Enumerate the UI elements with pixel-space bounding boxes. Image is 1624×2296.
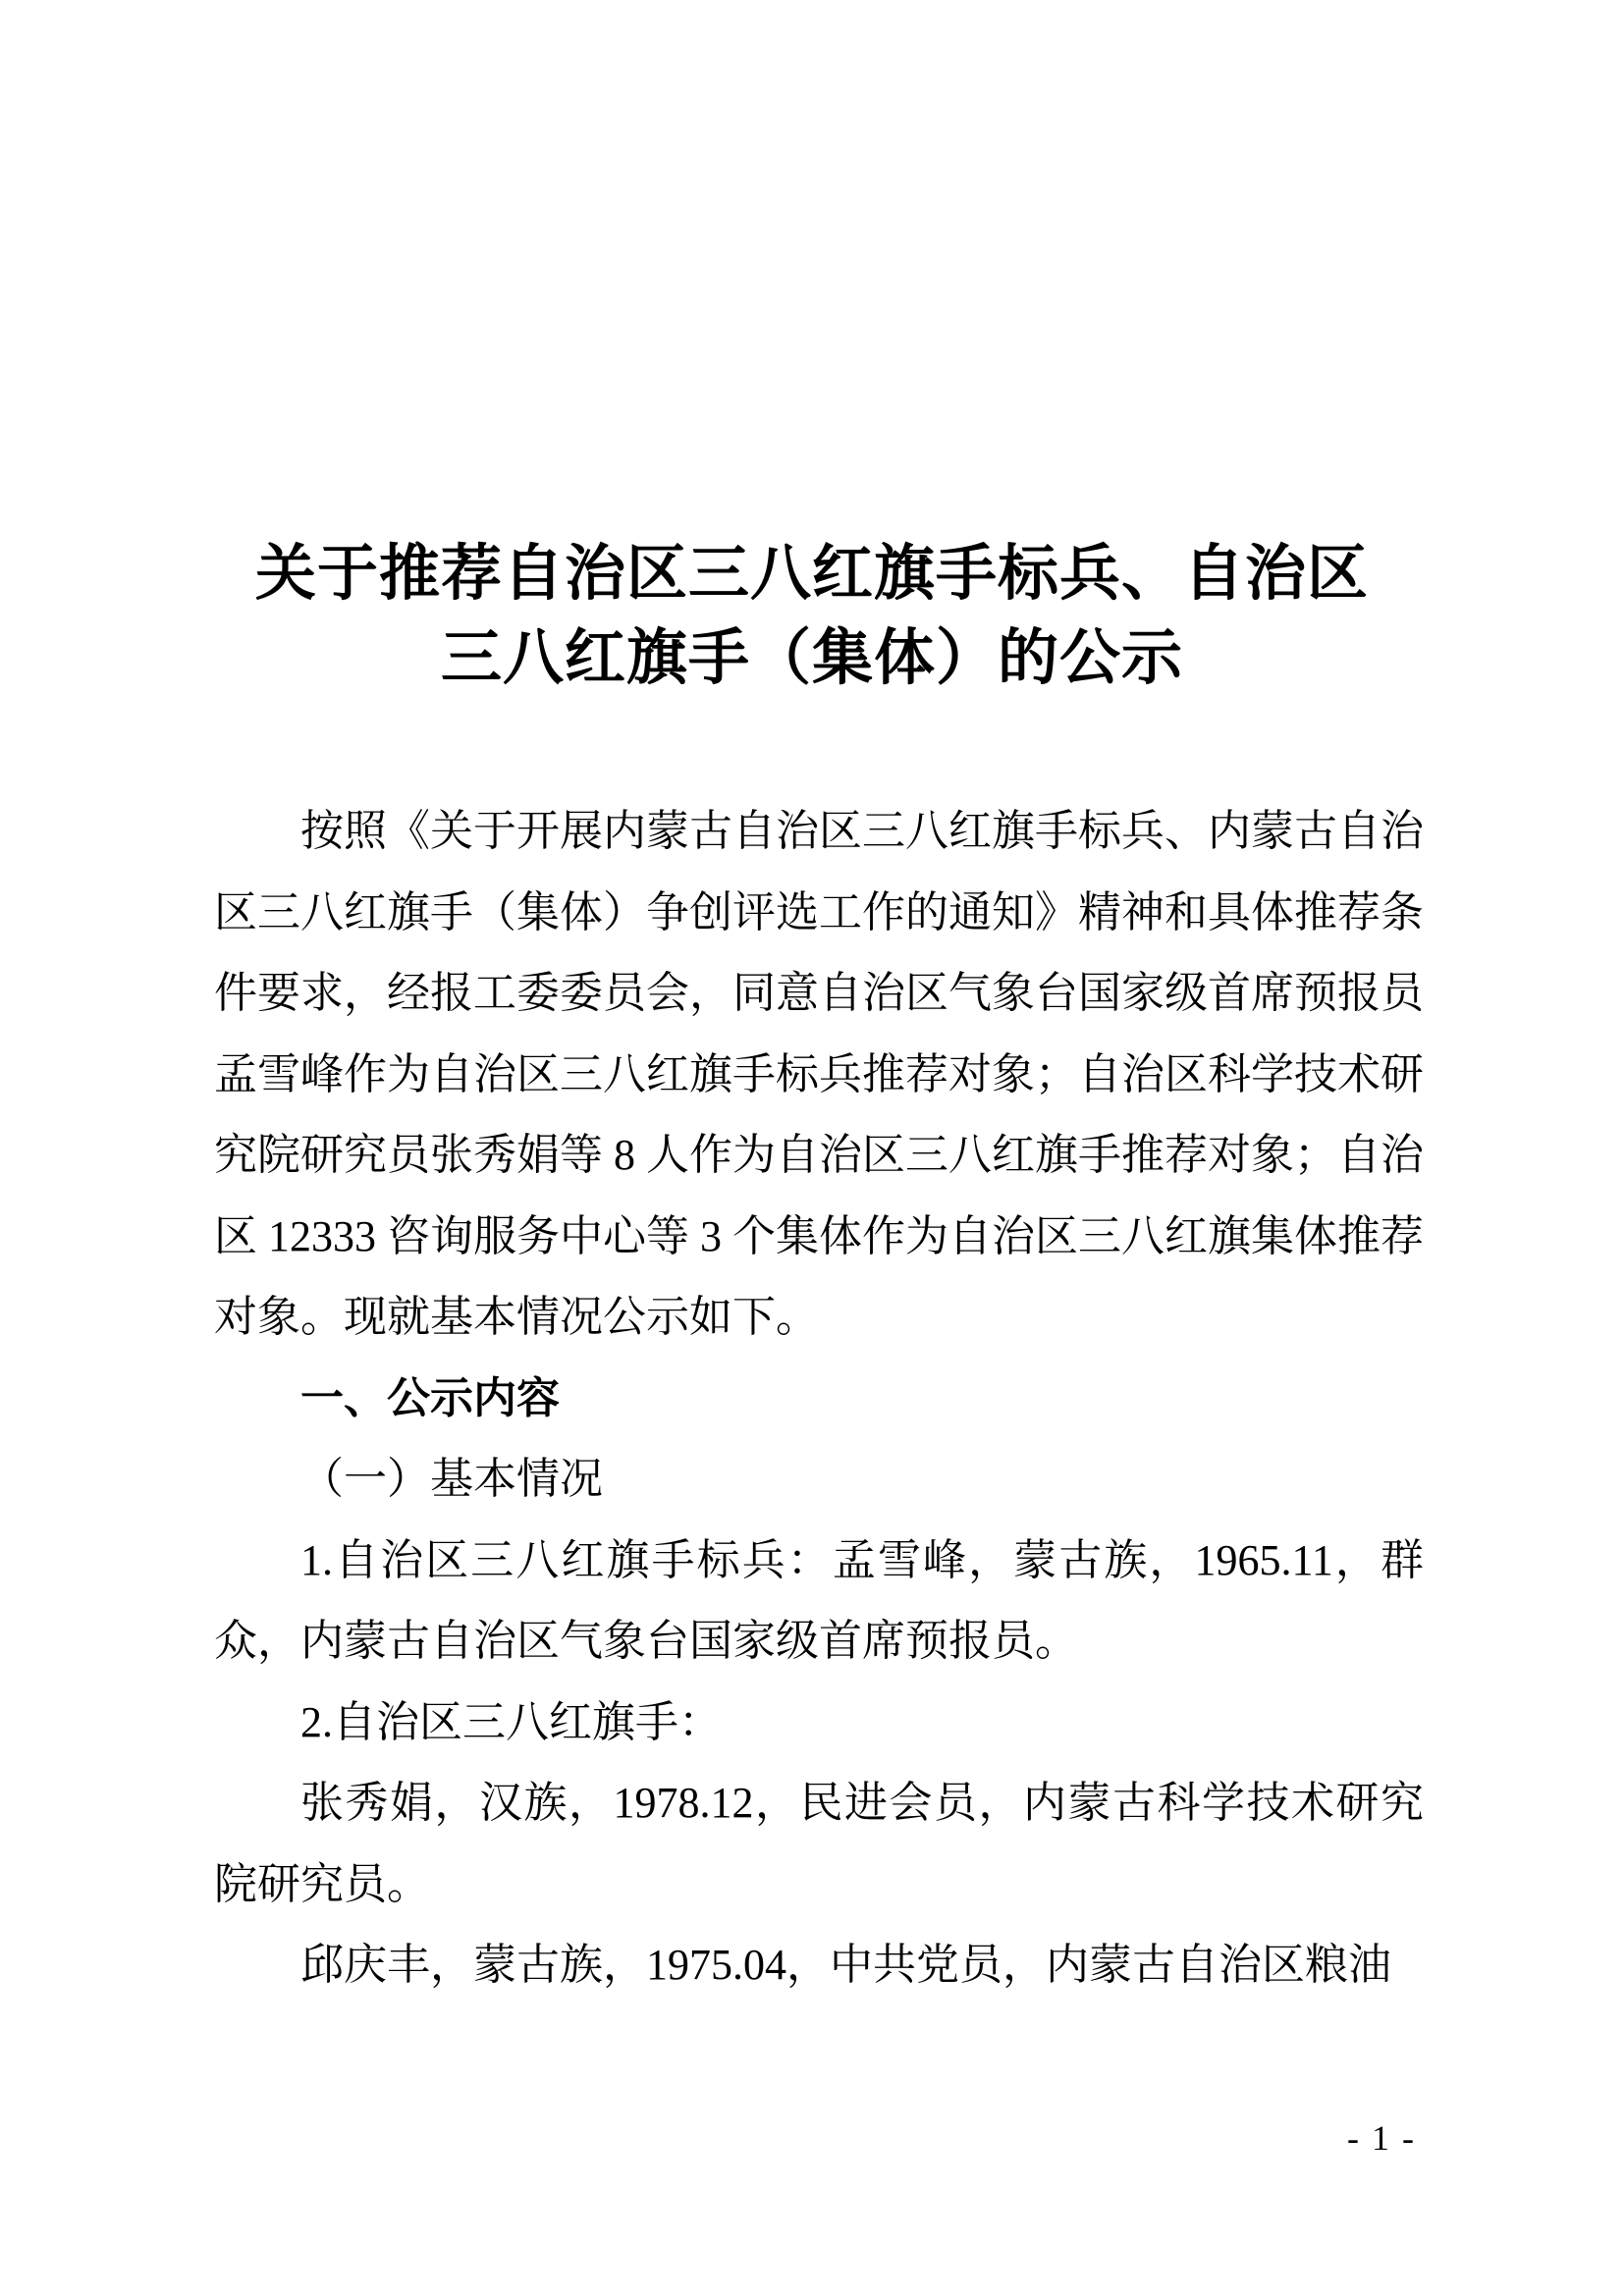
intro-paragraph: 按照《关于开展内蒙古自治区三八红旗手标兵、内蒙古自治区三八红旗手（集体）争创评选… bbox=[214, 791, 1424, 1359]
document-title: 关于推荐自治区三八红旗手标兵、自治区 三八红旗手（集体）的公示 bbox=[0, 532, 1624, 701]
document-page: 关于推荐自治区三八红旗手标兵、自治区 三八红旗手（集体）的公示 按照《关于开展内… bbox=[0, 0, 1624, 2296]
paragraph-zhang-xiujuan: 张秀娟，汉族，1978.12，民进会员，内蒙古科学技术研究院研究员。 bbox=[214, 1763, 1424, 1925]
document-title-line-1: 关于推荐自治区三八红旗手标兵、自治区 bbox=[0, 532, 1624, 616]
document-title-line-2: 三八红旗手（集体）的公示 bbox=[0, 616, 1624, 701]
section-heading-disclosure-content: 一、公示内容 bbox=[214, 1359, 1424, 1440]
paragraph-model-bearer-meng-xuefeng: 1.自治区三八红旗手标兵：孟雪峰，蒙古族，1965.11，群众，内蒙古自治区气象… bbox=[214, 1521, 1424, 1682]
document-body: 按照《关于开展内蒙古自治区三八红旗手标兵、内蒙古自治区三八红旗手（集体）争创评选… bbox=[214, 791, 1424, 2006]
page-number: - 1 - bbox=[1347, 2118, 1416, 2158]
paragraph-qiu-qingfeng: 邱庆丰，蒙古族，1975.04，中共党员，内蒙古自治区粮油 bbox=[214, 1925, 1424, 2006]
subsection-heading-basic-info: （一）基本情况 bbox=[214, 1439, 1424, 1521]
paragraph-red-banner-bearers-label: 2.自治区三八红旗手： bbox=[214, 1682, 1424, 1764]
